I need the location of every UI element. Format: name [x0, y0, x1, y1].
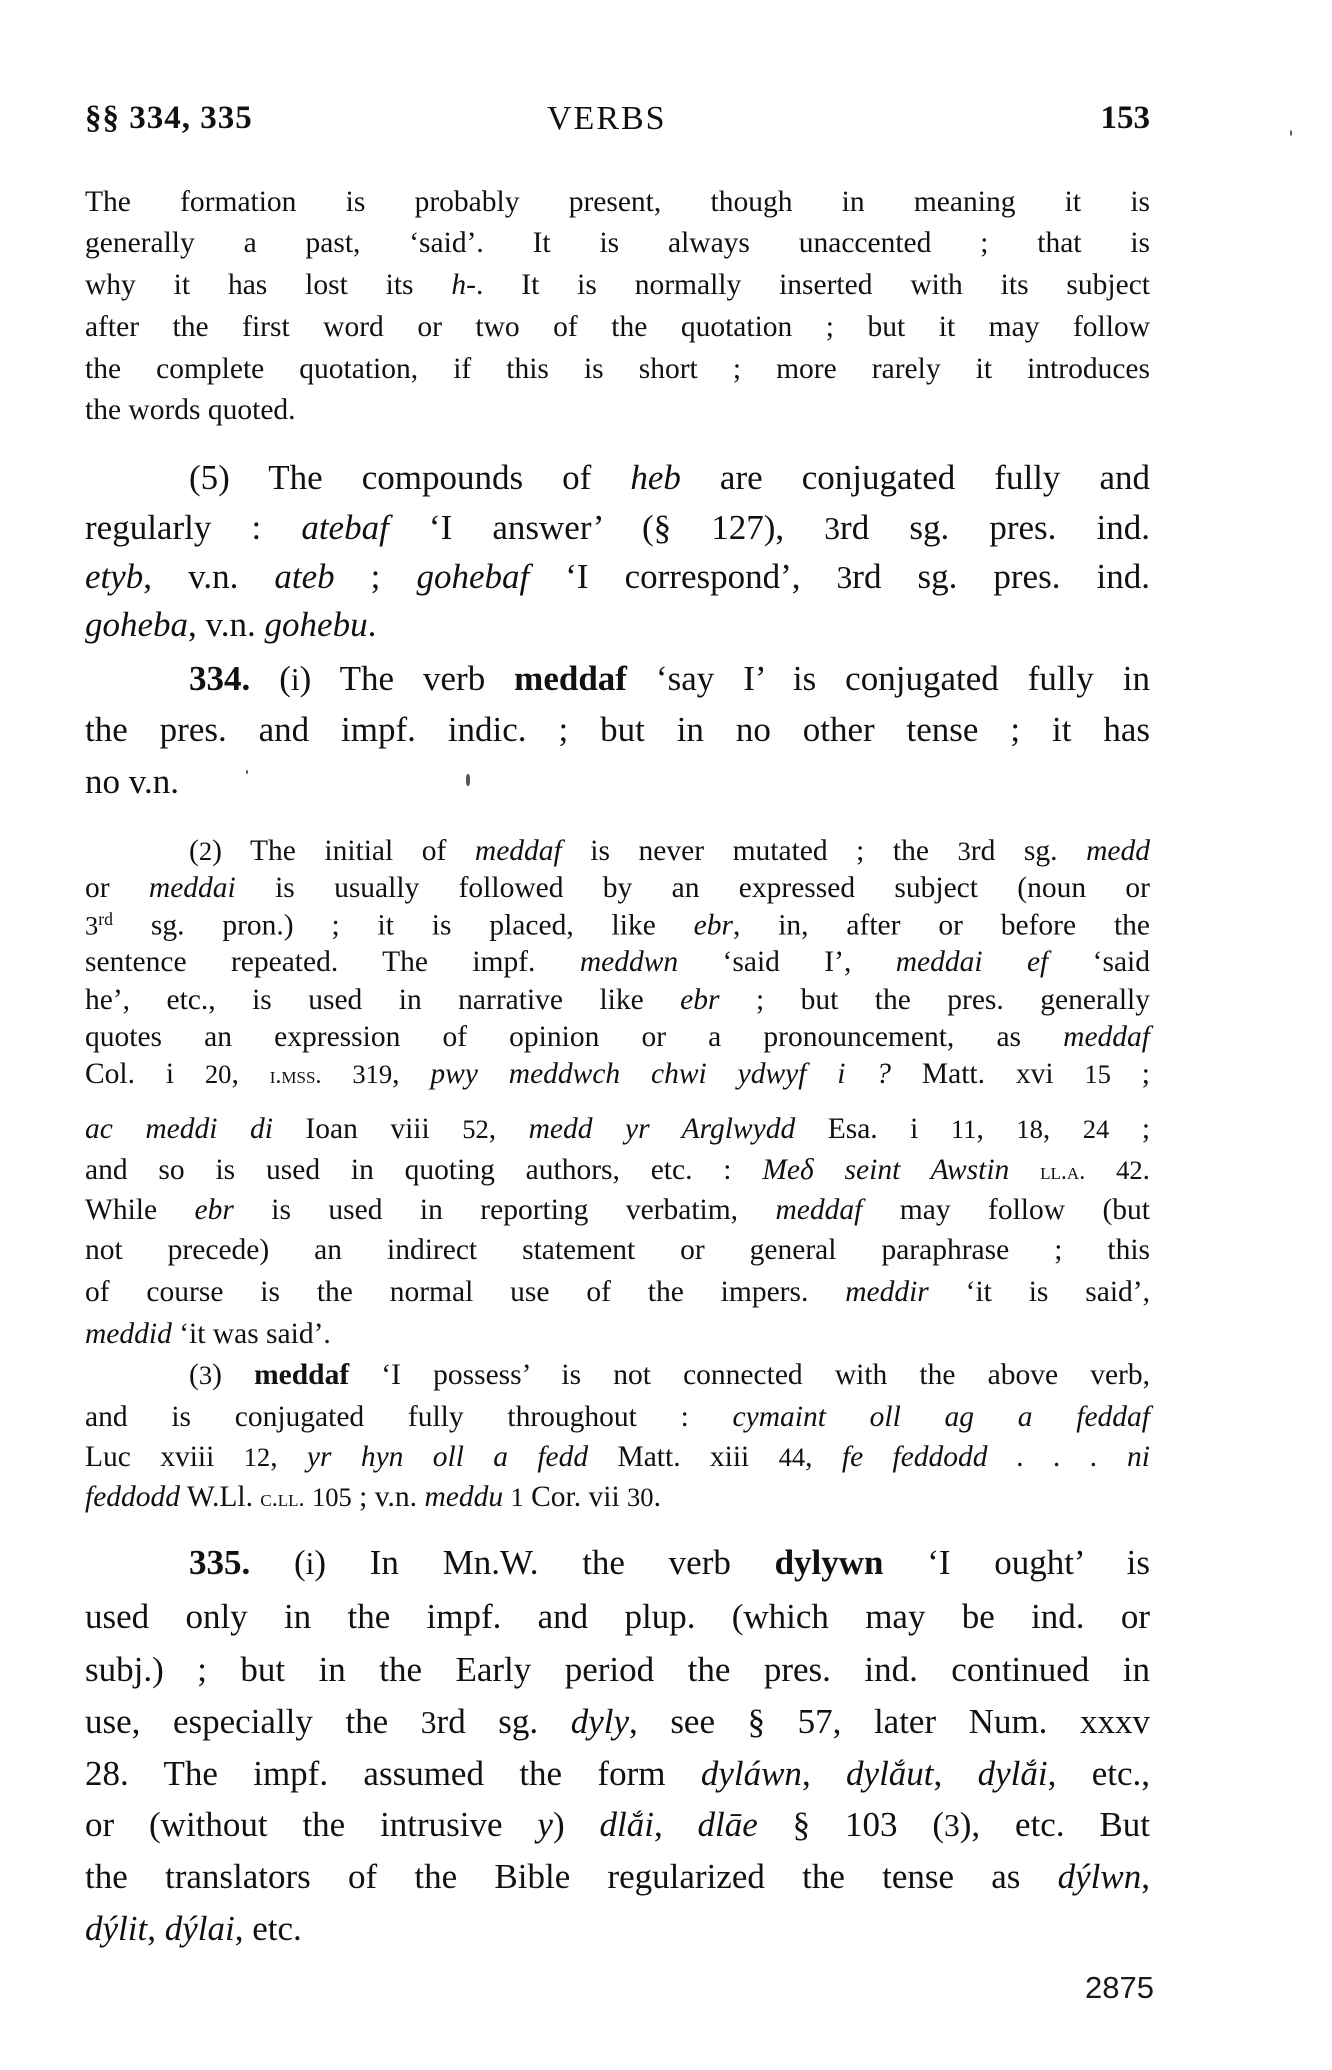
text-run: ) The initial of: [212, 835, 475, 867]
bold-term: meddaf: [254, 1359, 349, 1391]
text-run: and so is used in quoting authors, etc. …: [85, 1154, 762, 1186]
italic-term: heb: [630, 458, 681, 497]
italic-term: dylắut: [846, 1754, 933, 1793]
text-line: Luc xviii 12, yr hyn oll a fedd Matt. xi…: [85, 1441, 1150, 1474]
text-run: c.ll.: [260, 1485, 304, 1512]
text-line: not precede) an indirect statement or ge…: [85, 1234, 1150, 1267]
scan-folio-number: 2875: [1085, 1970, 1154, 2006]
italic-term: meddid: [85, 1318, 172, 1350]
text-run: why it has lost its: [85, 269, 451, 301]
text-line: the words quoted.: [85, 394, 1150, 427]
page-number: 153: [1101, 100, 1151, 137]
text-line: after the first word or two of the quota…: [85, 311, 1150, 344]
text-run: not precede) an indirect statement or ge…: [85, 1234, 1150, 1266]
text-line: the translators of the Bible regularized…: [85, 1857, 1150, 1897]
text-run: [1009, 1154, 1040, 1186]
text-line: (2) The initial of meddaf is never mutat…: [85, 835, 1150, 868]
italic-term: goheba: [85, 605, 188, 644]
text-line: regularly : atebaf ‘I answer’ (§ 127), 3…: [85, 508, 1150, 548]
text-run: regularly :: [85, 508, 301, 547]
text-line: While ebr is used in reporting verbatim,…: [85, 1194, 1150, 1227]
text-run: the words quoted.: [85, 394, 296, 426]
italic-term: feddodd: [85, 1481, 180, 1513]
text-run: 20: [205, 1059, 232, 1089]
text-run: (: [250, 659, 291, 698]
text-run: ;: [1109, 1113, 1150, 1145]
italic-term: Meδ seint Awstin: [762, 1154, 1009, 1186]
text-run: 11: [951, 1114, 977, 1144]
text-run: after the first word or two of the quota…: [85, 311, 1150, 343]
text-run: ‘said: [1048, 946, 1150, 978]
text-line: and so is used in quoting authors, etc. …: [85, 1154, 1150, 1187]
text-run: rd sg.: [971, 835, 1086, 867]
text-run: 3: [85, 911, 98, 941]
text-run: 3: [824, 511, 840, 546]
italic-term: dlắi: [599, 1805, 653, 1844]
text-run: ), etc. But: [960, 1805, 1150, 1844]
text-run: The formation is probably present, thoug…: [85, 186, 1150, 218]
text-run: (: [189, 835, 199, 867]
text-run: ) The verb: [300, 659, 515, 698]
text-run: (: [189, 1359, 199, 1391]
text-run: the pres. and impf. indic. ; but in no o…: [85, 710, 1150, 749]
text-run: ‘I correspond’,: [529, 557, 836, 596]
italic-term: meddaf: [475, 835, 562, 867]
section-range: §§ 334, 335: [85, 100, 253, 137]
text-run: 3: [199, 1360, 212, 1390]
text-run: use, especially the: [85, 1702, 421, 1741]
text-run: ‘say I’ is conjugated fully in: [627, 659, 1150, 698]
text-run: ;: [335, 557, 417, 596]
italic-term: cymaint oll ag a feddaf: [733, 1401, 1150, 1433]
text-run: quotes an expression of opinion or a pro…: [85, 1021, 1063, 1053]
bold-term: meddaf: [514, 659, 627, 698]
text-run: 28. The impf. assumed the form: [85, 1754, 701, 1793]
text-run: , in, after or before the: [733, 910, 1150, 942]
text-line: of course is the normal use of the imper…: [85, 1276, 1150, 1309]
text-run: may follow (but: [862, 1194, 1150, 1226]
text-run: , etc.: [235, 1909, 302, 1948]
text-run: used only in the impf. and plup. (which …: [85, 1597, 1150, 1636]
text-run: Luc xviii: [85, 1441, 244, 1473]
text-run: ll.a.: [1040, 1158, 1085, 1185]
text-run: ; v.n.: [352, 1481, 425, 1513]
italic-term: dýlai: [165, 1909, 235, 1948]
bold-term: 335.: [189, 1543, 250, 1582]
text-run: 15: [1084, 1059, 1111, 1089]
book-page: §§ 334, 335 VERBS 153 The formation is p…: [0, 0, 1332, 2070]
scan-speck: [246, 770, 248, 774]
text-run: .: [368, 605, 377, 644]
italic-term: dyly: [571, 1702, 629, 1741]
text-run: Ioan viii: [273, 1113, 462, 1145]
text-run: the complete quotation, if this is short…: [85, 353, 1150, 385]
text-run: 319: [352, 1059, 392, 1089]
text-line: The formation is probably present, thoug…: [85, 186, 1150, 219]
text-run: 52: [462, 1114, 489, 1144]
italic-term: meddaf: [776, 1194, 863, 1226]
italic-term: medd yr Arglwydd: [529, 1113, 796, 1145]
text-run: 30: [627, 1482, 654, 1512]
text-line: (3) meddaf ‘I possess’ is not connected …: [85, 1359, 1150, 1392]
text-run: ,: [934, 1754, 978, 1793]
text-run: are conjugated fully and: [681, 458, 1150, 497]
text-run: he’, etc., is used in narrative like: [85, 984, 680, 1016]
text-run: Cor. vii: [524, 1481, 627, 1513]
text-run: , v.n.: [188, 605, 264, 644]
bold-term: dylywn: [775, 1543, 884, 1582]
text-run: ;: [1111, 1058, 1150, 1090]
text-line: he’, etc., is used in narrative like ebr…: [85, 984, 1150, 1017]
text-run: 3: [944, 1808, 960, 1843]
text-run: 105: [312, 1482, 352, 1512]
bold-term: 334.: [189, 659, 250, 698]
text-run: ‘I possess’ is not connected with the ab…: [349, 1359, 1150, 1391]
text-line: generally a past, ‘said’. It is always u…: [85, 227, 1150, 260]
text-run: ,: [805, 1441, 842, 1473]
text-line: why it has lost its h-. It is normally i…: [85, 269, 1150, 302]
text-line: meddid ‘it was said’.: [85, 1318, 1150, 1351]
text-run: Matt. xvi: [891, 1058, 1084, 1090]
italic-term: meddwn: [580, 946, 678, 978]
text-line: etyb, v.n. ateb ; gohebaf ‘I correspond’…: [85, 557, 1150, 597]
text-line: (5) The compounds of heb are conjugated …: [85, 458, 1150, 498]
text-line: or meddai is usually followed by an expr…: [85, 872, 1150, 905]
text-line: goheba, v.n. gohebu.: [85, 605, 1150, 645]
text-run: While: [85, 1194, 195, 1226]
text-run: and is conjugated fully throughout :: [85, 1401, 733, 1433]
text-run: 24: [1083, 1114, 1110, 1144]
text-run: ,: [270, 1441, 307, 1473]
text-run: 3: [837, 560, 853, 595]
italic-term: meddir: [845, 1276, 929, 1308]
text-run: Matt. xiii: [588, 1441, 778, 1473]
text-run: i: [291, 662, 300, 697]
text-line: feddodd W.Ll. c.ll. 105 ; v.n. meddu 1 C…: [85, 1481, 1150, 1514]
text-run: sentence repeated. The impf.: [85, 946, 580, 978]
text-line: Col. i 20, i.mss. 319, pwy meddwch chwi …: [85, 1058, 1150, 1091]
text-line: dýlit, dýlai, etc.: [85, 1909, 1150, 1949]
text-run: 42: [1116, 1155, 1143, 1185]
text-run: rd sg. pres. ind.: [840, 508, 1150, 547]
text-run: ,: [231, 1058, 269, 1090]
italic-term: h: [451, 269, 466, 301]
text-line: used only in the impf. and plup. (which …: [85, 1597, 1150, 1637]
running-head: §§ 334, 335 VERBS 153: [85, 100, 1150, 144]
text-run: generally a past, ‘said’. It is always u…: [85, 227, 1150, 259]
italic-term: dylắi: [978, 1754, 1048, 1793]
text-run: 44: [779, 1442, 806, 1472]
text-run: (: [250, 1543, 305, 1582]
text-run: ,: [489, 1113, 529, 1145]
text-run: is never mutated ; the: [562, 835, 958, 867]
text-line: 334. (i) The verb meddaf ‘say I’ is conj…: [85, 659, 1150, 699]
text-run: ,: [147, 1909, 165, 1948]
text-run: § 103 (: [758, 1805, 944, 1844]
italic-term: ebr: [694, 910, 733, 942]
text-run: Col. i: [85, 1058, 205, 1090]
text-run: ‘said I’,: [678, 946, 896, 978]
text-run: ,: [1141, 1857, 1150, 1896]
text-run: [1085, 1154, 1116, 1186]
italic-term: ebr: [195, 1194, 234, 1226]
text-run: 18: [1016, 1114, 1043, 1144]
text-run: .: [654, 1481, 661, 1513]
italic-term: ac meddi di: [85, 1113, 273, 1145]
text-run: no v.n.: [85, 762, 179, 801]
scan-speck: [466, 774, 470, 786]
text-run: [305, 1481, 312, 1513]
text-line: and is conjugated fully throughout : cym…: [85, 1401, 1150, 1434]
italic-term: y: [537, 1805, 553, 1844]
text-run: or (without the intrusive: [85, 1805, 537, 1844]
text-line: 28. The impf. assumed the form dyláwn, d…: [85, 1754, 1150, 1794]
text-run: is usually followed by an expressed subj…: [236, 872, 1150, 904]
text-run: ,: [392, 1058, 430, 1090]
italic-term: meddu: [424, 1481, 503, 1513]
text-run: rd: [98, 909, 113, 929]
text-run: ,: [976, 1113, 1016, 1145]
text-run: [321, 1058, 352, 1090]
text-line: no v.n.: [85, 762, 1150, 802]
text-run: -. It is normally inserted with its subj…: [466, 269, 1150, 301]
italic-term: dyláwn: [701, 1754, 802, 1793]
text-line: the complete quotation, if this is short…: [85, 353, 1150, 386]
text-run: ) In Mn.W. the verb: [314, 1543, 774, 1582]
italic-term: gohebu: [265, 605, 368, 644]
text-run: , v.n.: [143, 557, 274, 596]
text-run: .: [1143, 1154, 1150, 1186]
italic-term: meddai: [149, 872, 236, 904]
text-run: ; but the pres. generally: [719, 984, 1150, 1016]
text-run: Esa. i: [795, 1113, 951, 1145]
text-run: ,: [654, 1805, 698, 1844]
text-line: use, especially the 3rd sg. dyly, see § …: [85, 1702, 1150, 1742]
italic-term: yr hyn oll a fedd: [307, 1441, 588, 1473]
italic-term: dlāe: [698, 1805, 758, 1844]
text-line: quotes an expression of opinion or a pro…: [85, 1021, 1150, 1054]
italic-term: ateb: [274, 557, 334, 596]
text-run: 2: [199, 836, 212, 866]
text-run: ‘I ought’ is: [884, 1543, 1151, 1582]
text-run: or: [85, 872, 149, 904]
italic-term: gohebaf: [416, 557, 529, 596]
text-line: the pres. and impf. indic. ; but in no o…: [85, 710, 1150, 750]
italic-term: medd: [1086, 835, 1150, 867]
italic-term: ebr: [680, 984, 719, 1016]
text-run: of course is the normal use of the imper…: [85, 1276, 845, 1308]
italic-term: pwy meddwch chwi ydwyf i ?: [430, 1058, 891, 1090]
italic-term: dýlit: [85, 1909, 147, 1948]
text-run: 3: [421, 1705, 437, 1740]
italic-term: dýlwn: [1058, 1857, 1142, 1896]
chapter-title: VERBS: [547, 100, 667, 138]
text-run: i.mss.: [270, 1062, 322, 1089]
text-run: (5) The compounds of: [189, 458, 630, 497]
text-run: ): [553, 1805, 600, 1844]
text-run: rd sg. pres. ind.: [852, 557, 1150, 596]
text-line: subj.) ; but in the Early period the pre…: [85, 1650, 1150, 1690]
text-run: ‘I answer’ (§ 127),: [389, 508, 825, 547]
text-line: 335. (i) In Mn.W. the verb dylywn ‘I oug…: [85, 1543, 1150, 1583]
text-run: the translators of the Bible regularized…: [85, 1857, 1058, 1896]
italic-term: atebaf: [301, 508, 388, 547]
text-run: , etc.,: [1048, 1754, 1150, 1793]
italic-term: fe feddodd . . . ni: [842, 1441, 1150, 1473]
text-run: ): [212, 1359, 254, 1391]
text-run: sg. pron.) ; it is placed, like: [113, 910, 694, 942]
text-run: ,: [802, 1754, 846, 1793]
text-run: subj.) ; but in the Early period the pre…: [85, 1650, 1150, 1689]
text-line: ac meddi di Ioan viii 52, medd yr Arglwy…: [85, 1113, 1150, 1146]
text-line: 3rd sg. pron.) ; it is placed, like ebr,…: [85, 909, 1150, 943]
text-run: 3: [958, 836, 971, 866]
italic-term: meddai ef: [896, 946, 1049, 978]
text-run: is used in reporting verbatim,: [234, 1194, 776, 1226]
text-run: W.Ll.: [180, 1481, 260, 1513]
text-run: 1: [510, 1482, 523, 1512]
text-run: ‘it was said’.: [172, 1318, 331, 1350]
italic-term: meddaf: [1063, 1021, 1150, 1053]
text-line: sentence repeated. The impf. meddwn ‘sai…: [85, 946, 1150, 979]
text-run: ‘it is said’,: [929, 1276, 1150, 1308]
scan-speck: [1290, 130, 1292, 136]
text-run: rd sg.: [437, 1702, 571, 1741]
text-run: , see § 57, later Num. xxxv: [629, 1702, 1150, 1741]
text-line: or (without the intrusive y) dlắi, dlāe …: [85, 1805, 1150, 1845]
text-run: ,: [1043, 1113, 1083, 1145]
italic-term: etyb: [85, 557, 143, 596]
text-run: 12: [244, 1442, 271, 1472]
